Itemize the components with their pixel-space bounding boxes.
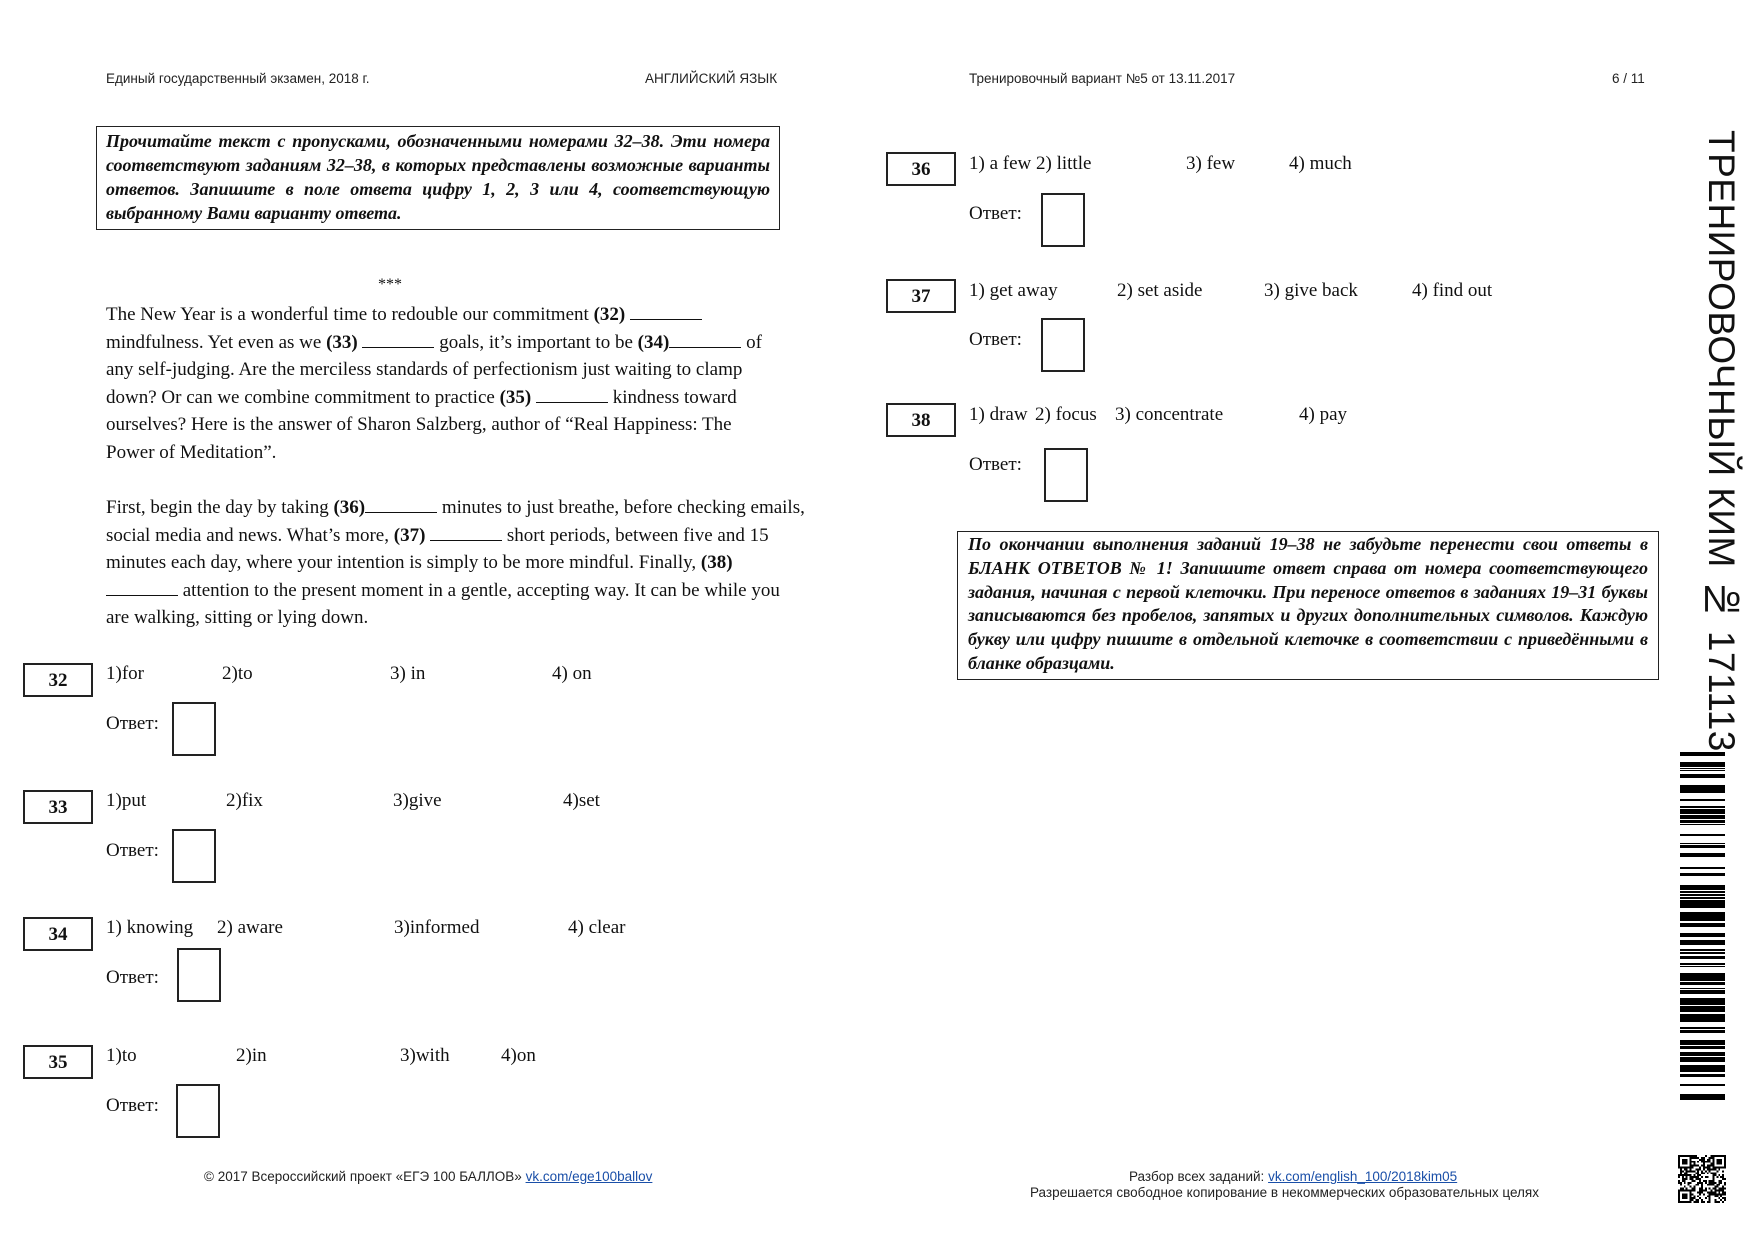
option: 4) much (1289, 153, 1352, 175)
option: 2)to (222, 663, 253, 685)
answer-label: Ответ: (969, 329, 1022, 351)
option: 3) concentrate (1115, 404, 1223, 426)
gap-33-label: (33) (326, 332, 358, 353)
option: 2) aware (217, 917, 283, 939)
option: 1)for (106, 663, 144, 685)
gap-33-blank (362, 331, 434, 348)
gap-35-blank (536, 386, 608, 403)
gap-38-label: (38) (701, 552, 733, 573)
task-37-number: 37 (886, 279, 956, 313)
qr-code-icon (1678, 1155, 1726, 1203)
analysis-link[interactable]: vk.com/english_100/2018kim05 (1268, 1169, 1457, 1184)
option: 4) find out (1412, 280, 1492, 302)
option: 3) in (390, 663, 425, 685)
gap-37-label: (37) (394, 525, 426, 546)
answer-label: Ответ: (106, 967, 159, 989)
gap-34-blank (669, 331, 741, 348)
gap-36-label: (36) (333, 497, 365, 518)
option: 2)in (236, 1045, 267, 1067)
variant-title: Тренировочный вариант №5 от 13.11.2017 (969, 71, 1235, 86)
option: 3) give back (1264, 280, 1358, 302)
option: 3) few (1186, 153, 1235, 175)
task-35-number: 35 (23, 1045, 93, 1079)
option: 3)informed (394, 917, 479, 939)
side-label: ТРЕНИРОВОЧНЫЙ КИМ № 171113 (1700, 130, 1742, 752)
answer-label: Ответ: (106, 1095, 159, 1117)
option: 1) a few (969, 153, 1031, 175)
reminder-box: По окончании выполнения заданий 19–38 не… (957, 531, 1659, 680)
task-34-number: 34 (23, 917, 93, 951)
gap-32-blank (630, 303, 702, 320)
task-36-answer-field[interactable] (1041, 193, 1085, 247)
footer-copyright: © 2017 Всероссийский проект «ЕГЭ 100 БАЛ… (204, 1169, 652, 1184)
answer-label: Ответ: (969, 203, 1022, 225)
text-paragraph-1: The New Year is a wonderful time to redo… (106, 301, 776, 466)
option: 2) focus (1035, 404, 1097, 426)
barcode-icon (1680, 752, 1725, 1100)
option: 1)put (106, 790, 146, 812)
option: 4)on (501, 1045, 536, 1067)
gap-32-label: (32) (594, 304, 626, 325)
task-34-answer-field[interactable] (177, 948, 221, 1002)
gap-34-label: (34) (638, 332, 670, 353)
option: 4) clear (568, 917, 625, 939)
task-32-answer-field[interactable] (172, 702, 216, 756)
option: 1)to (106, 1045, 137, 1067)
task-33-number: 33 (23, 790, 93, 824)
exam-title: Единый государственный экзамен, 2018 г. (106, 71, 370, 86)
task-33-answer-field[interactable] (172, 829, 216, 883)
option: 3)with (400, 1045, 450, 1067)
copyright-link[interactable]: vk.com/ege100ballov (526, 1169, 653, 1184)
footer-license: Разрешается свободное копирование в неко… (1030, 1185, 1539, 1200)
gap-38-blank (106, 579, 178, 596)
option: 2)fix (226, 790, 263, 812)
answer-label: Ответ: (106, 840, 159, 862)
task-37-answer-field[interactable] (1041, 318, 1085, 372)
text-paragraph-2: First, begin the day by taking (36) minu… (106, 494, 806, 632)
task-38-answer-field[interactable] (1044, 448, 1088, 502)
task-35-answer-field[interactable] (176, 1084, 220, 1138)
option: 3)give (393, 790, 442, 812)
separator: *** (378, 276, 402, 294)
task-38-number: 38 (886, 403, 956, 437)
option: 2) set aside (1117, 280, 1202, 302)
instructions-box: Прочитайте текст с пропусками, обозначен… (96, 126, 780, 230)
option: 1) get away (969, 280, 1058, 302)
page-number: 6 / 11 (1612, 71, 1645, 86)
gap-36-blank (365, 496, 437, 513)
gap-37-blank (430, 524, 502, 541)
option: 1) draw (969, 404, 1028, 426)
gap-35-label: (35) (500, 387, 532, 408)
option: 2) little (1036, 153, 1091, 175)
option: 4) on (552, 663, 592, 685)
answer-label: Ответ: (969, 454, 1022, 476)
option: 4)set (563, 790, 600, 812)
answer-label: Ответ: (106, 713, 159, 735)
subject-title: АНГЛИЙСКИЙ ЯЗЫК (645, 71, 777, 86)
task-32-number: 32 (23, 663, 93, 697)
option: 4) pay (1299, 404, 1347, 426)
footer-analysis: Разбор всех заданий: vk.com/english_100/… (1129, 1169, 1457, 1184)
option: 1) knowing (106, 917, 193, 939)
task-36-number: 36 (886, 152, 956, 186)
